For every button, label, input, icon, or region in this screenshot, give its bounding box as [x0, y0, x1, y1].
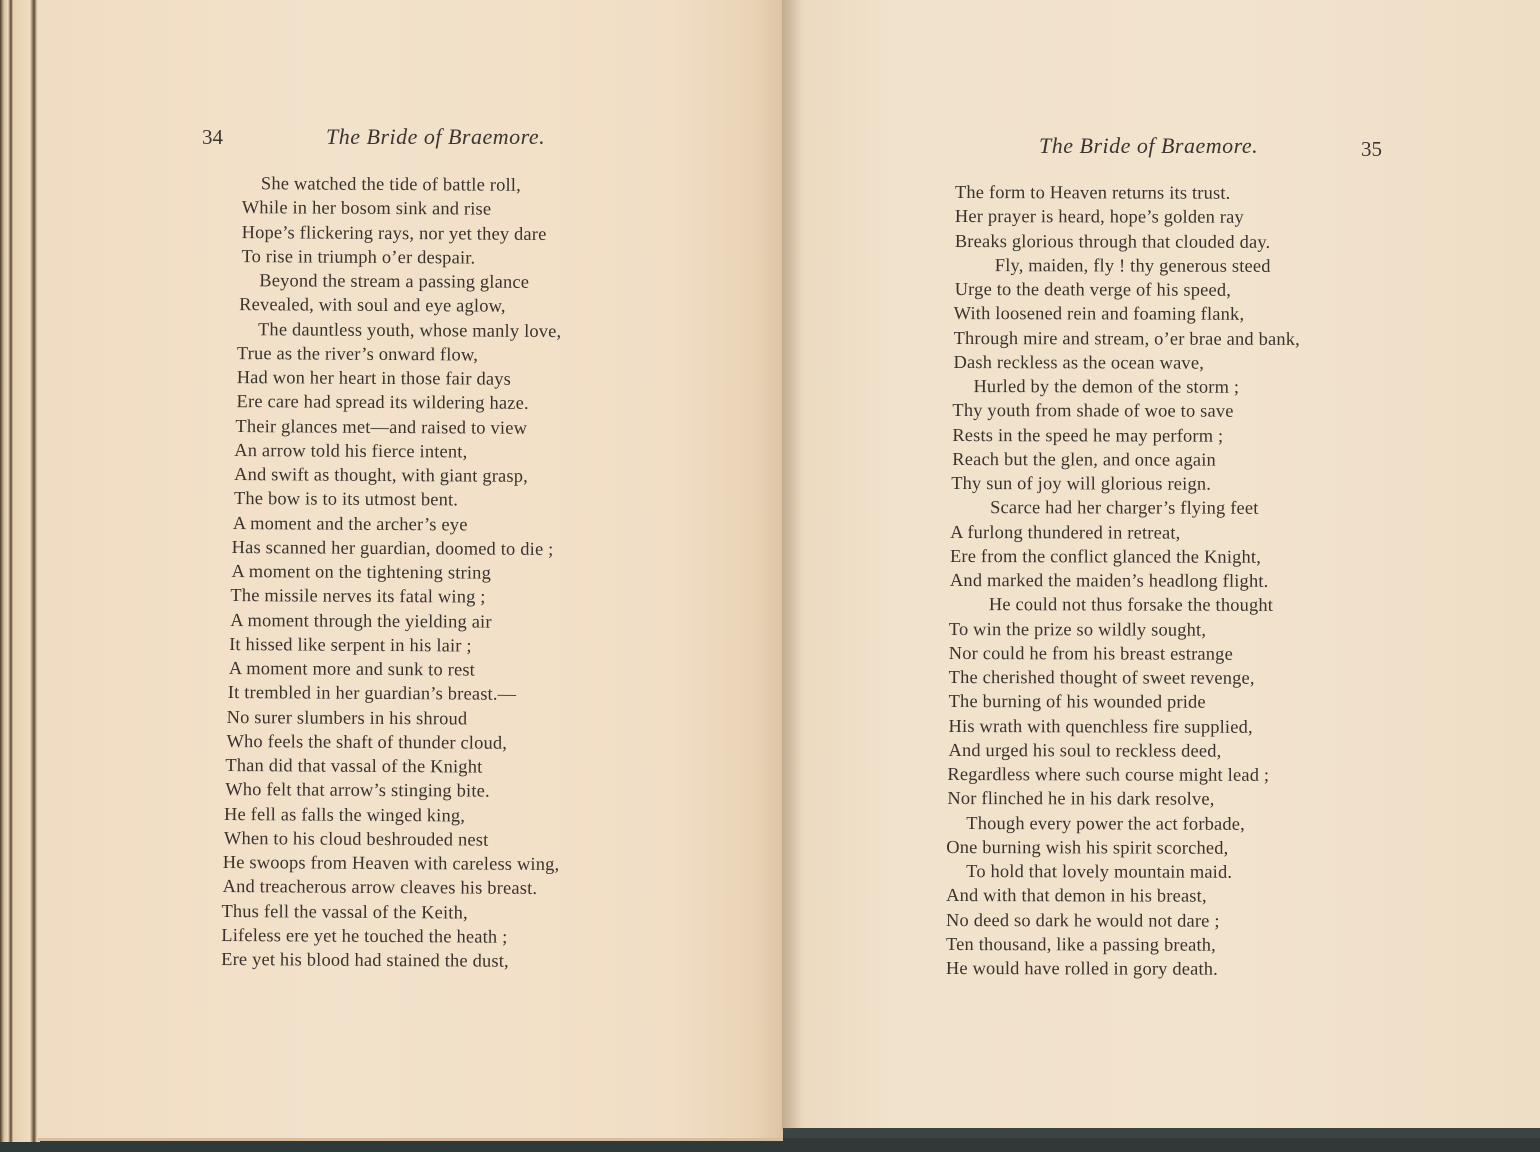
verse-line: Though every power the act forbade,	[944, 810, 1298, 835]
verse-line: Thus fell the vassal of the Keith,	[221, 898, 559, 924]
verse-line: And treacherous arrow cleaves his breast…	[222, 874, 560, 900]
page-stack-edge	[0, 0, 40, 1142]
open-book-spread: 34 The Bride of Braemore. She watched th…	[0, 0, 1540, 1152]
page-number-left: 34	[202, 125, 223, 150]
verse-line: The burning of his wounded pride	[945, 689, 1299, 714]
verse-line: Ere from the conflict glanced the Knight…	[945, 544, 1299, 569]
verse-line: The missile nerves its fatal wing ;	[223, 583, 561, 609]
verse-line: A moment and the archer’s eye	[224, 510, 562, 536]
verse-line: And urged his soul to reckless deed,	[944, 738, 1298, 763]
verse-line: He fell as falls the winged king,	[222, 801, 560, 827]
verse-line: Hurled by the demon of the storm ;	[945, 374, 1299, 399]
verse-line: Regardless where such course might lead …	[944, 762, 1298, 787]
verse-line: And marked the maiden’s headlong flight.	[945, 568, 1299, 593]
verse-line: Ere yet his blood had stained the dust,	[221, 947, 559, 973]
verse-line: Thy sun of joy will glorious reign.	[945, 471, 1299, 496]
verse-line: Urge to the death verge of his speed,	[946, 277, 1300, 302]
right-page-verse: The form to Heaven returns its trust. He…	[944, 180, 1300, 981]
verse-line: Nor flinched he in his dark resolve,	[944, 786, 1298, 811]
running-head-left: The Bride of Braemore.	[326, 124, 545, 150]
verse-line: Beyond the stream a passing glance	[225, 268, 563, 294]
verse-line: Nor could he from his breast estrange	[945, 641, 1299, 666]
verse-line: Dash reckless as the ocean wave,	[945, 350, 1299, 375]
verse-line: No deed so dark he would not dare ;	[944, 907, 1298, 932]
verse-line: No surer slumbers in his shroud	[223, 704, 561, 730]
verse-line: To rise in triumph o’er despair.	[225, 244, 563, 270]
verse-line: Thy youth from shade of woe to save	[945, 398, 1299, 423]
gutter-shadow	[782, 0, 802, 1130]
verse-line: Revealed, with soul and eye aglow,	[225, 292, 563, 318]
verse-line: With loosened rein and foaming flank,	[946, 301, 1300, 326]
verse-line: Fly, maiden, fly ! thy generous steed	[946, 253, 1300, 278]
verse-line: One burning wish his spirit scorched,	[944, 835, 1298, 860]
verse-line: A moment more and sunk to rest	[223, 656, 561, 682]
page-number-right: 35	[1361, 137, 1382, 162]
verse-line: Had won her heart in those fair days	[225, 365, 563, 391]
verse-line: An arrow told his fierce intent,	[224, 438, 562, 464]
verse-line: Her prayer is heard, hope’s golden ray	[946, 204, 1300, 229]
verse-line: True as the river’s onward flow,	[225, 341, 563, 367]
verse-line: A furlong thundered in retreat,	[945, 519, 1299, 544]
verse-line: The dauntless youth, whose manly love,	[225, 316, 563, 342]
verse-line: Than did that vassal of the Knight	[222, 753, 560, 779]
verse-line: Their glances met—and raised to view	[224, 413, 562, 439]
verse-line: Scarce had her charger’s flying feet	[945, 495, 1299, 520]
verse-line: And swift as thought, with giant grasp,	[224, 462, 562, 488]
verse-line: To win the prize so wildly sought,	[945, 616, 1299, 641]
verse-line: The cherished thought of sweet revenge,	[945, 665, 1299, 690]
verse-line: He would have rolled in gory death.	[944, 956, 1298, 981]
verse-line: A moment on the tightening string	[223, 559, 561, 585]
verse-line: His wrath with quenchless fire supplied,	[945, 713, 1299, 738]
verse-line: It trembled in her guardian’s breast.—	[223, 680, 561, 706]
verse-line: And with that demon in his breast,	[944, 883, 1298, 908]
verse-line: Who feels the shaft of thunder cloud,	[222, 729, 560, 755]
verse-line: While in her bosom sink and rise	[226, 195, 564, 221]
verse-line: Ere care had spread its wildering haze.	[225, 389, 563, 415]
verse-line: It hissed like serpent in his lair ;	[223, 632, 561, 658]
running-head-right: The Bride of Braemore.	[1039, 133, 1258, 159]
verse-line: The bow is to its utmost bent.	[224, 486, 562, 512]
left-page-verse: She watched the tide of battle roll, Whi…	[221, 171, 563, 973]
verse-line: Ten thousand, like a passing breath,	[944, 932, 1298, 957]
verse-line: Rests in the speed he may perform ;	[945, 422, 1299, 447]
verse-line: Reach but the glen, and once again	[945, 447, 1299, 472]
verse-line: The form to Heaven returns its trust.	[946, 180, 1300, 205]
verse-line: When to his cloud beshrouded nest	[222, 826, 560, 852]
verse-line: To hold that lovely mountain maid.	[944, 859, 1298, 884]
verse-line: Hope’s flickering rays, nor yet they dar…	[226, 219, 564, 245]
verse-line: Has scanned her guardian, doomed to die …	[224, 535, 562, 561]
verse-line: She watched the tide of battle roll,	[226, 171, 564, 197]
verse-line: He swoops from Heaven with careless wing…	[222, 850, 560, 876]
verse-line: Through mire and stream, o’er brae and b…	[946, 325, 1300, 350]
verse-line: He could not thus forsake the thought	[945, 592, 1299, 617]
verse-line: Lifeless ere yet he touched the heath ;	[221, 923, 559, 949]
verse-line: A moment through the yielding air	[223, 607, 561, 633]
verse-line: Who felt that arrow’s stinging bite.	[222, 777, 560, 803]
verse-line: Breaks glorious through that clouded day…	[946, 228, 1300, 253]
